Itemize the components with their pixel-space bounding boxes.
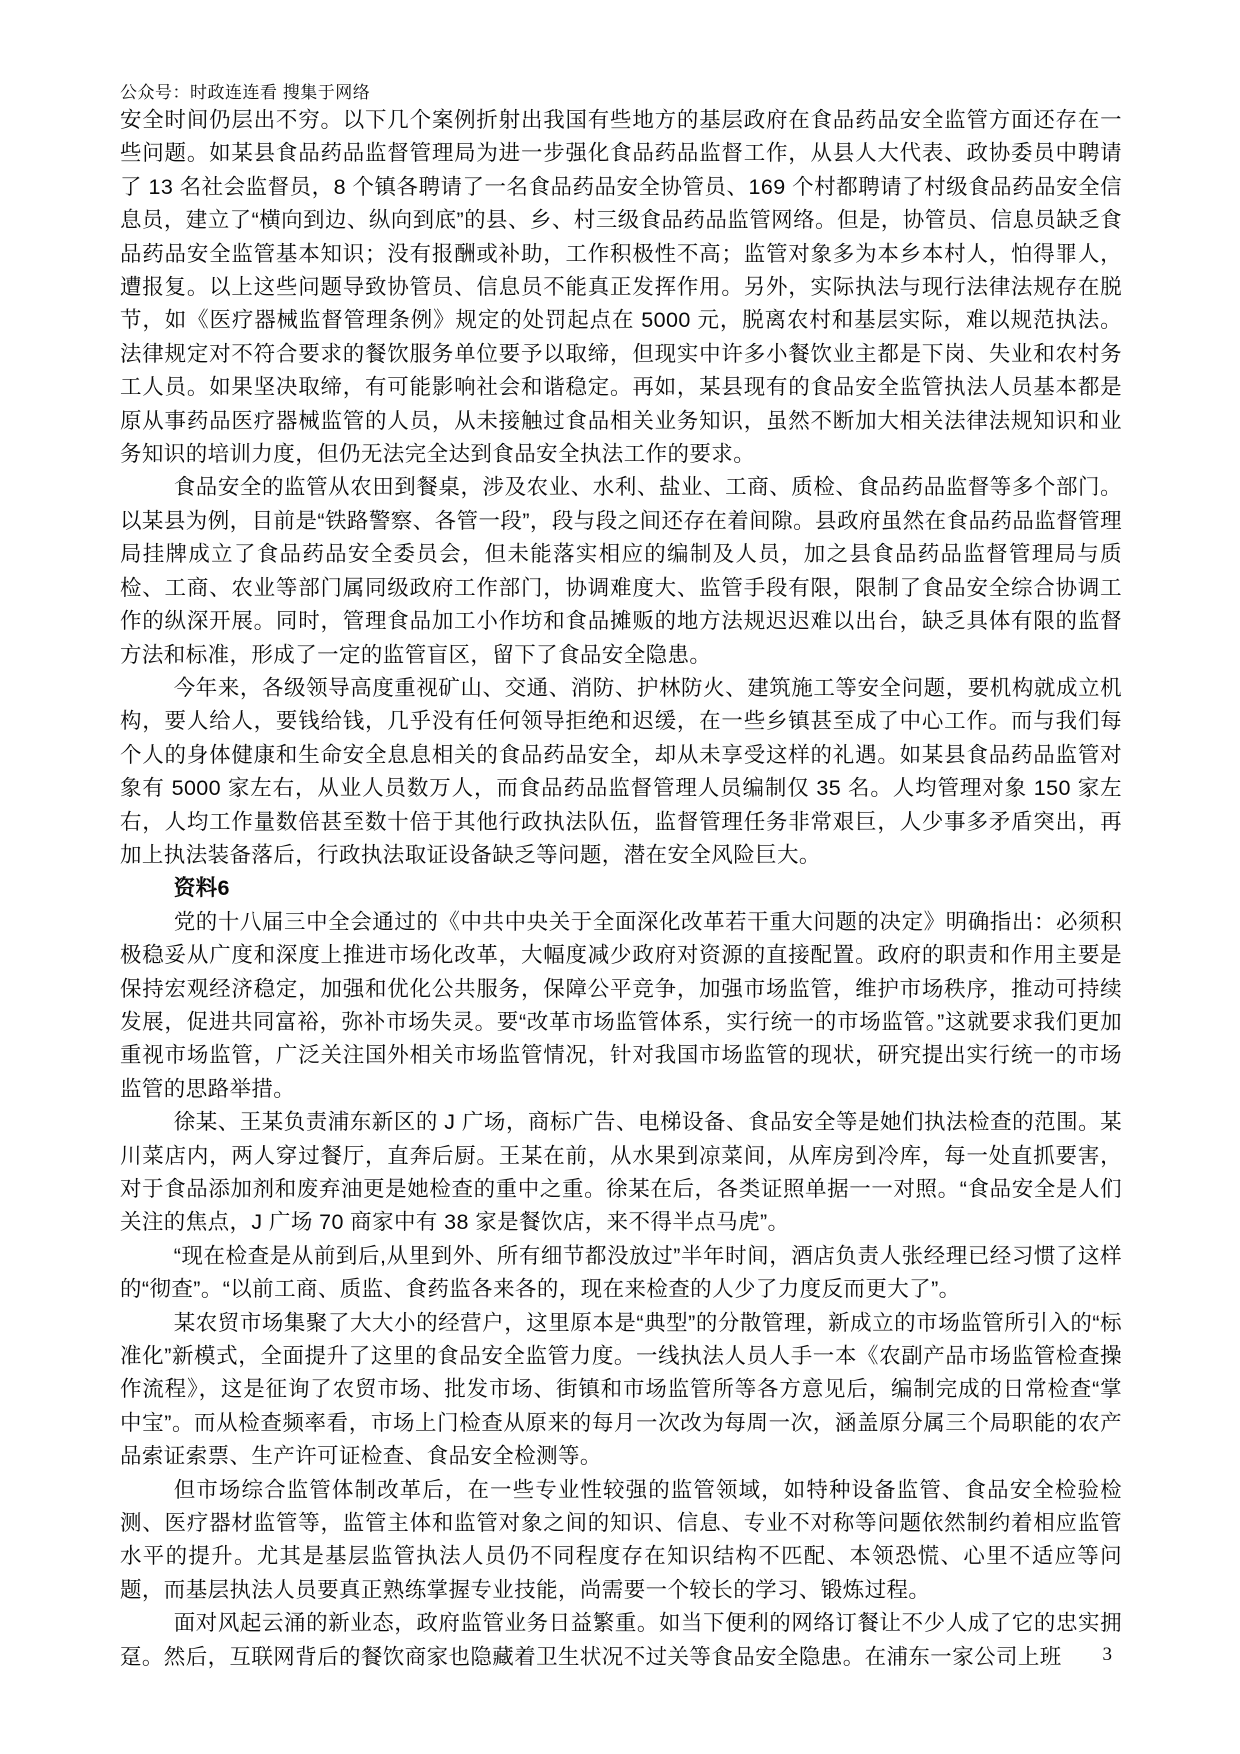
- paragraph: 今年来，各级领导高度重视矿山、交通、消防、护林防火、建筑施工等安全问题，要机构就…: [120, 672, 1122, 872]
- watermark-header: 公众号：时政连连看 搜集于网络: [120, 78, 370, 103]
- paragraph: 但市场综合监管体制改革后，在一些专业性较强的监管领域，如特种设备监管、食品安全检…: [120, 1474, 1122, 1608]
- document-body: 安全时间仍层出不穷。以下几个案例折射出我国有些地方的基层政府在食品药品安全监管方…: [120, 104, 1122, 1674]
- paragraph: 党的十八届三中全会通过的《中共中央关于全面深化改革若干重大问题的决定》明确指出：…: [120, 906, 1122, 1106]
- paragraph: “现在检查是从前到后,从里到外、所有细节都没放过”半年时间，酒店负责人张经理已经…: [120, 1240, 1122, 1307]
- section-heading: 资料6: [120, 872, 1122, 905]
- document-page: 公众号：时政连连看 搜集于网络 安全时间仍层出不穷。以下几个案例折射出我国有些地…: [0, 0, 1240, 1754]
- paragraph: 徐某、王某负责浦东新区的 J 广场，商标广告、电梯设备、食品安全等是她们执法检查…: [120, 1106, 1122, 1240]
- page-number: 3: [1103, 1644, 1113, 1666]
- paragraph: 面对风起云涌的新业态，政府监管业务日益繁重。如当下便利的网络订餐让不少人成了它的…: [120, 1607, 1122, 1674]
- paragraph: 食品安全的监管从农田到餐桌，涉及农业、水利、盐业、工商、质检、食品药品监督等多个…: [120, 471, 1122, 671]
- paragraph: 安全时间仍层出不穷。以下几个案例折射出我国有些地方的基层政府在食品药品安全监管方…: [120, 104, 1122, 471]
- paragraph: 某农贸市场集聚了大大小的经营户，这里原本是“典型”的分散管理，新成立的市场监管所…: [120, 1307, 1122, 1474]
